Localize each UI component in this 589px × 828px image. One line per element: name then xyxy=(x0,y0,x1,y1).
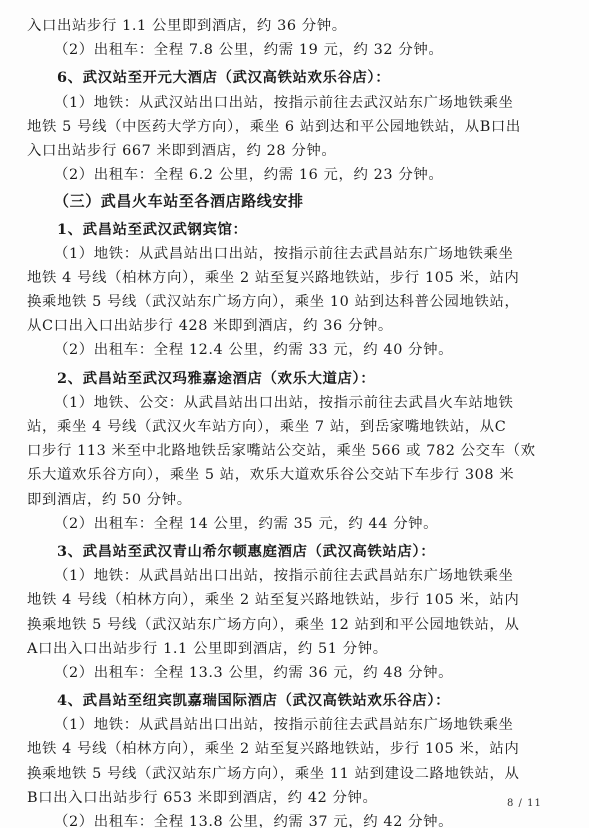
text-line: 即到酒店，约 50 分钟。 xyxy=(27,488,479,512)
text-line: 入口出站步行 1.1 公里即到酒店，约 36 分钟。 xyxy=(27,14,479,38)
page-number: 8 / 11 xyxy=(507,798,542,809)
text-line: 口步行 113 米至中北路地铁岳家嘴站公交站，乘坐 566 或 782 公交车（… xyxy=(27,439,479,463)
text-line: A口出入口出站步行 1.1 公里即到酒店，约 51 分钟。 xyxy=(27,637,479,661)
text-line: （2）出租车：全程 12.4 公里，约需 33 元，约 40 分钟。 xyxy=(27,338,479,362)
text-line: 乐大道欢乐谷方向），乘坐 5 站，欢乐大道欢乐谷公交站下车步行 308 米 xyxy=(27,463,479,487)
text-line: 换乘地铁 5 号线（武汉站东广场方向），乘坐 11 站到建设二路地铁站，从 xyxy=(27,762,479,786)
text-line: 地铁 4 号线（柏林方向），乘坐 2 站至复兴路地铁站，步行 105 米，站内 xyxy=(27,737,479,761)
text-line: 站，乘坐 4 号线（武汉火车站方向），乘坐 7 站，到岳家嘴地铁站，从C xyxy=(27,415,479,439)
route-heading: 6、武汉站至开元大酒店（武汉高铁站欢乐谷店）： xyxy=(27,66,479,90)
text-line: （2）出租车：全程 13.3 公里，约需 36 元，约 48 分钟。 xyxy=(27,661,479,685)
route-heading: 1、武昌站至武汉武钢宾馆： xyxy=(27,218,479,242)
text-line: 换乘地铁 5 号线（武汉站东广场方向），乘坐 12 站到和平公园地铁站，从 xyxy=(27,613,479,637)
text-line: 地铁 4 号线（柏林方向），乘坐 2 站至复兴路地铁站，步行 105 米，站内 xyxy=(27,266,479,290)
text-line: （1）地铁：从武昌站出口出站，按指示前往去武昌站东广场地铁乘坐 xyxy=(27,564,479,588)
text-line: （1）地铁：从武昌站出口出站，按指示前往去武昌站东广场地铁乘坐 xyxy=(27,242,479,266)
text-line: 地铁 4 号线（柏林方向），乘坐 2 站至复兴路地铁站，步行 105 米，站内 xyxy=(27,588,479,612)
text-line: （1）地铁：从武昌站出口出站，按指示前往去武昌站东广场地铁乘坐 xyxy=(27,713,479,737)
text-line: （1）地铁、公交：从武昌站出口出站，按指示前往去武昌火车站地铁 xyxy=(27,391,479,415)
text-line: B口出入口出站步行 653 米即到酒店，约 42 分钟。 xyxy=(27,786,479,810)
text-line: 从C口出入口出站步行 428 米即到酒店，约 36 分钟。 xyxy=(27,314,479,338)
text-line: （2）出租车：全程 13.8 公里，约需 37 元，约 42 分钟。 xyxy=(27,810,479,828)
text-line: （2）出租车：全程 6.2 公里，约需 16 元，约 23 分钟。 xyxy=(27,163,479,187)
text-line: 换乘地铁 5 号线（武汉站东广场方向），乘坐 10 站到达科普公园地铁站， xyxy=(27,290,479,314)
text-line: 入口出站步行 667 米即到酒店，约 28 分钟。 xyxy=(27,139,479,163)
text-line: （2）出租车：全程 14 公里，约需 35 元，约 44 分钟。 xyxy=(27,512,479,536)
text-line: 地铁 5 号线（中医药大学方向），乘坐 6 站到达和平公园地铁站，从B口出 xyxy=(27,115,479,139)
route-heading: 2、武昌站至武汉玛雅嘉途酒店（欢乐大道店）： xyxy=(27,367,479,391)
document-page: 入口出站步行 1.1 公里即到酒店，约 36 分钟。（2）出租车：全程 7.8 … xyxy=(27,14,479,828)
text-line: （1）地铁：从武汉站出口出站，按指示前往去武汉站东广场地铁乘坐 xyxy=(27,91,479,115)
route-heading: 3、武昌站至武汉青山希尔顿惠庭酒店（武汉高铁站店）： xyxy=(27,540,479,564)
text-line: （2）出租车：全程 7.8 公里，约需 19 元，约 32 分钟。 xyxy=(27,38,479,62)
section-heading: （三）武昌火车站至各酒店路线安排 xyxy=(27,189,479,213)
route-heading: 4、武昌站至纽宾凯嘉瑞国际酒店（武汉高铁站欢乐谷店）： xyxy=(27,689,479,713)
